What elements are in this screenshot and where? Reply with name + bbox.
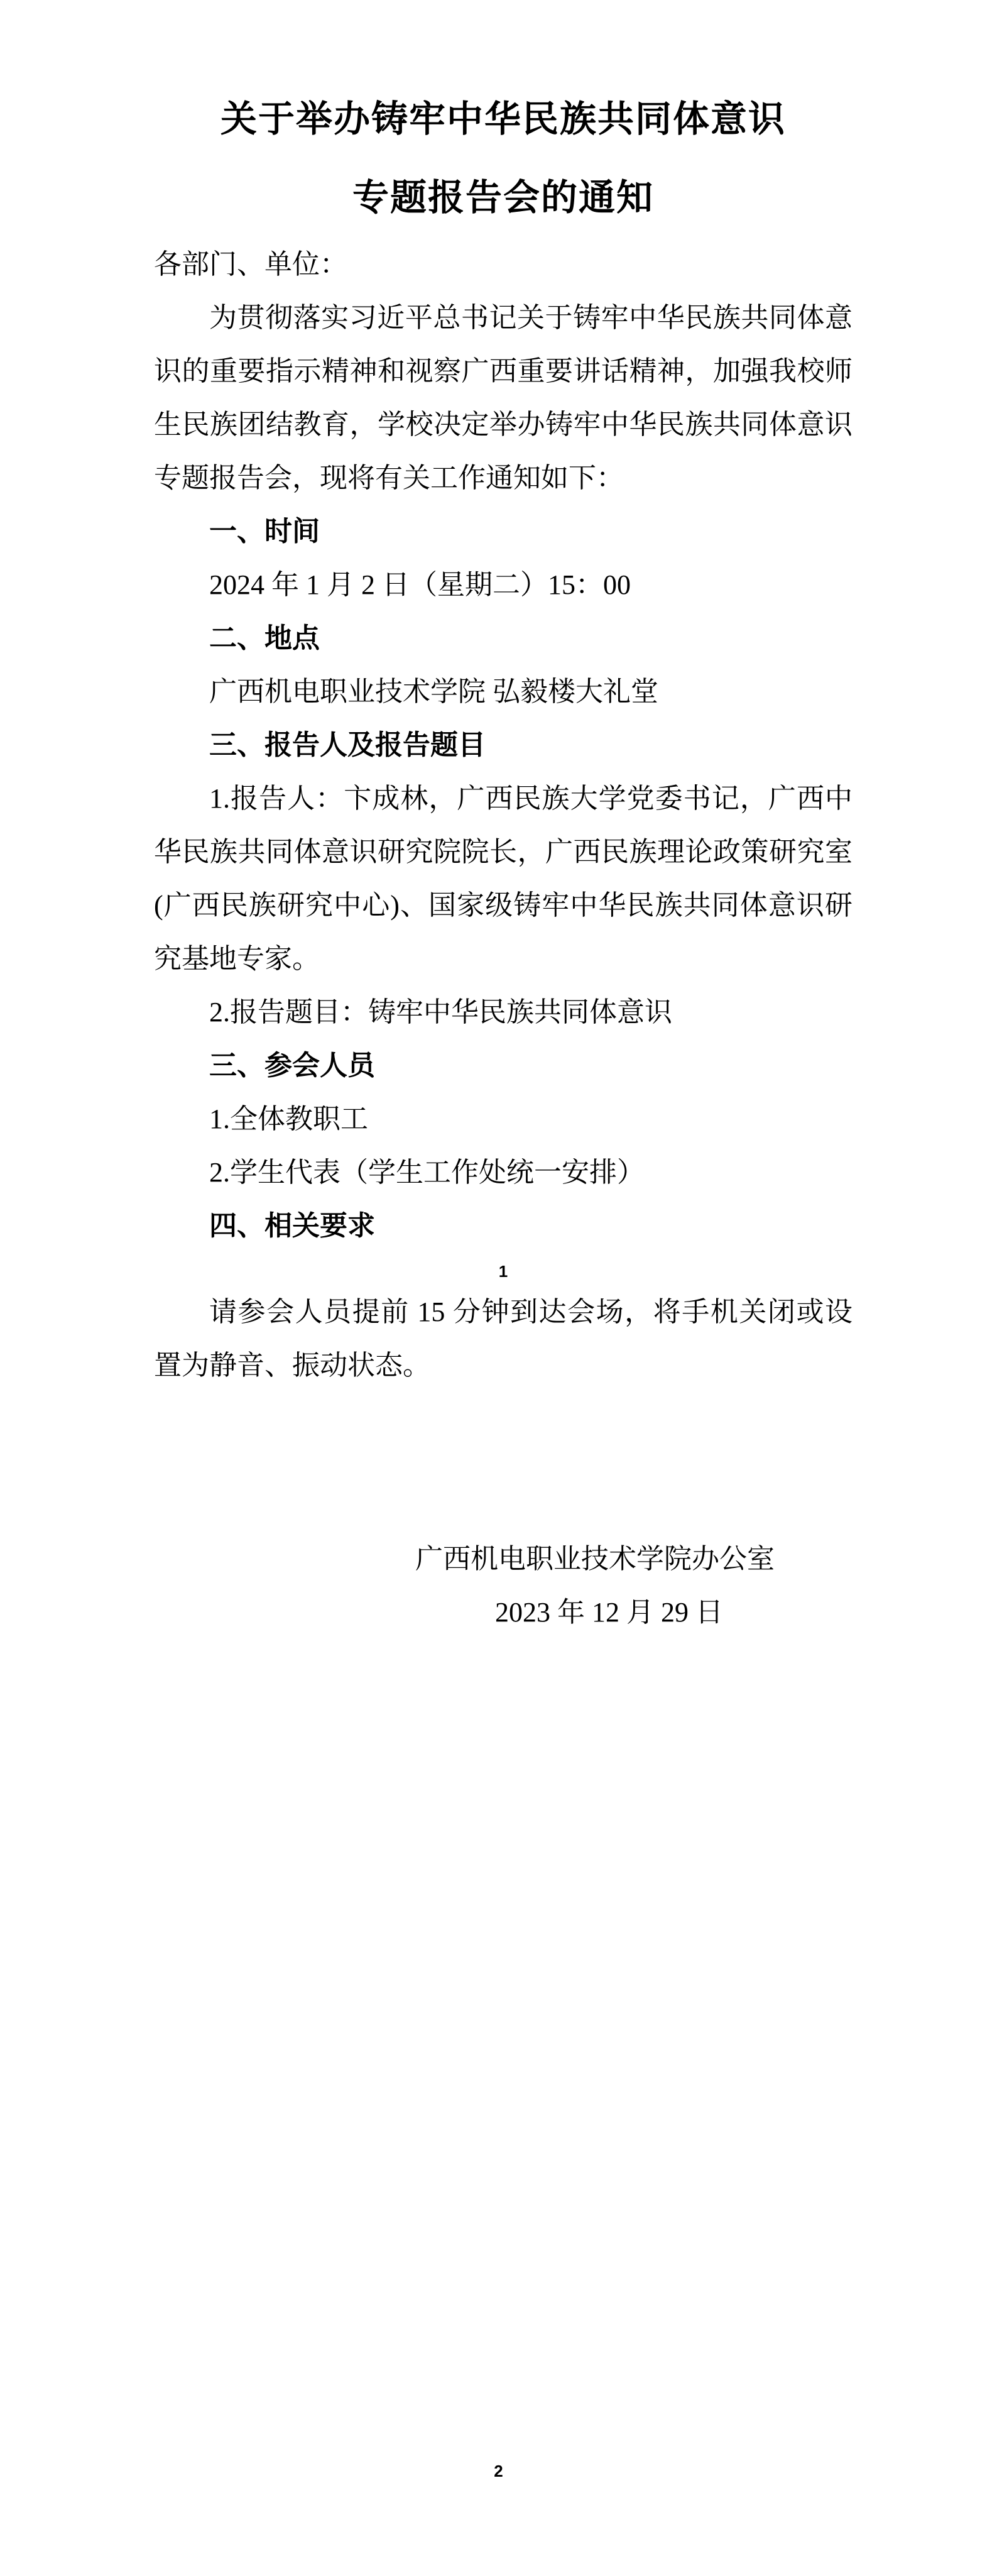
topic-line: 2.报告题目：铸牢中华民族共同体意识 xyxy=(154,985,853,1039)
time-value: 2024 年 1 月 2 日（星期二）15：00 xyxy=(154,558,853,611)
section-heading-time: 一、时间 xyxy=(154,505,853,558)
section-heading-venue: 二、地点 xyxy=(154,611,853,665)
section-heading-attendees: 三、参会人员 xyxy=(154,1039,853,1092)
document-title: 关于举办铸牢中华民族共同体意识 专题报告会的通知 xyxy=(154,80,853,237)
salutation: 各部门、单位： xyxy=(154,238,853,291)
requirements-paragraph: 请参会人员提前 15 分钟到达会场，将手机关闭或设置为静音、振动状态。 xyxy=(154,1285,853,1392)
document-page: 关于举办铸牢中华民族共同体意识 专题报告会的通知 各部门、单位： 为贯彻落实习近… xyxy=(0,0,997,2576)
section-heading-requirements: 四、相关要求 xyxy=(154,1199,853,1252)
signature-org: 广西机电职业技术学院办公室 xyxy=(154,1532,853,1586)
title-line-1: 关于举办铸牢中华民族共同体意识 xyxy=(154,80,853,158)
attendees-students-line: 2.学生代表（学生工作处统一安排） xyxy=(154,1146,853,1199)
document-content: 关于举办铸牢中华民族共同体意识 专题报告会的通知 各部门、单位： 为贯彻落实习近… xyxy=(0,80,997,1639)
section-heading-speaker: 三、报告人及报告题目 xyxy=(154,718,853,772)
attendees-staff-line: 1.全体教职工 xyxy=(154,1092,853,1146)
page-number-1: 1 xyxy=(154,1258,853,1285)
intro-paragraph: 为贯彻落实习近平总书记关于铸牢中华民族共同体意识的重要指示精神和视察广西重要讲话… xyxy=(154,291,853,505)
page-number-2: 2 xyxy=(0,2458,997,2484)
speaker-paragraph: 1.报告人：卞成林，广西民族大学党委书记，广西中华民族共同体意识研究院院长，广西… xyxy=(154,772,853,985)
venue-value: 广西机电职业技术学院 弘毅楼大礼堂 xyxy=(154,665,853,718)
signature-block: 广西机电职业技术学院办公室 2023 年 12 月 29 日 xyxy=(154,1532,853,1639)
signature-date: 2023 年 12 月 29 日 xyxy=(154,1586,853,1639)
title-line-2: 专题报告会的通知 xyxy=(154,158,853,237)
